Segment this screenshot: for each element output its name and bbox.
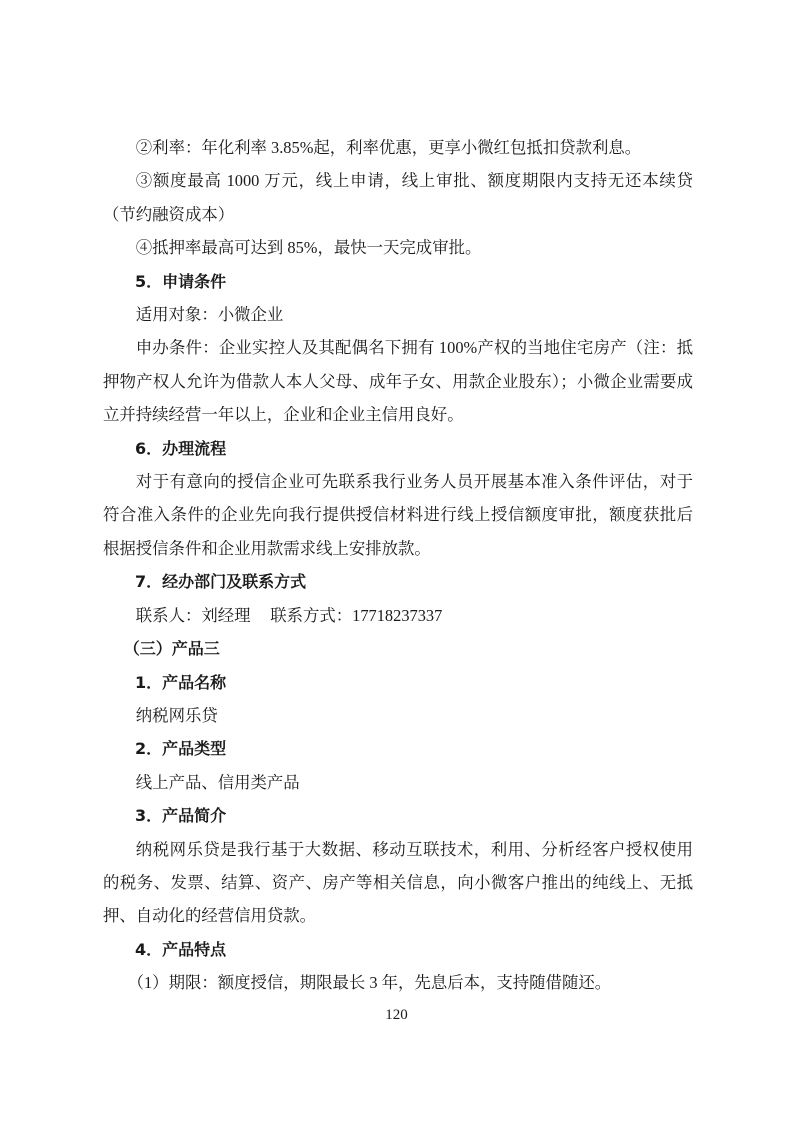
heading-product-intro: 3．产品简介 — [103, 799, 693, 832]
paragraph-contact: 联系人：刘经理联系方式：17718237337 — [103, 599, 693, 632]
paragraph-mortgage-rate: ④抵押率最高可达到 85%，最快一天完成审批。 — [103, 231, 693, 264]
heading-product-three: （三）产品三 — [103, 632, 693, 665]
paragraph-limit: ③额度最高 1000 万元，线上申请，线上审批、额度期限内支持无还本续贷（节约融… — [103, 164, 693, 231]
paragraph-feature-1: （1）期限：额度授信，期限最长 3 年，先息后本，支持随借随还。 — [103, 966, 693, 999]
paragraph-product-name: 纳税网乐贷 — [103, 699, 693, 732]
page-number: 120 — [0, 1007, 793, 1024]
heading-process: 6．办理流程 — [103, 432, 693, 465]
heading-product-type: 2．产品类型 — [103, 732, 693, 765]
document-page: ②利率：年化利率 3.85%起，利率优惠，更享小微红包抵扣贷款利息。 ③额度最高… — [103, 131, 693, 1000]
paragraph-conditions: 申办条件：企业实控人及其配偶名下拥有 100%产权的当地住宅房产（注：抵押物产权… — [103, 331, 693, 431]
paragraph-process: 对于有意向的授信企业可先联系我行业务人员开展基本准入条件评估，对于符合准入条件的… — [103, 465, 693, 565]
heading-contact: 7．经办部门及联系方式 — [103, 565, 693, 598]
paragraph-product-intro: 纳税网乐贷是我行基于大数据、移动互联技术，利用、分析经客户授权使用的税务、发票、… — [103, 833, 693, 933]
contact-person: 联系人：刘经理 — [136, 606, 251, 625]
heading-application-conditions: 5．申请条件 — [103, 265, 693, 298]
heading-product-features: 4．产品特点 — [103, 933, 693, 966]
heading-product-name: 1．产品名称 — [103, 666, 693, 699]
paragraph-rate: ②利率：年化利率 3.85%起，利率优惠，更享小微红包抵扣贷款利息。 — [103, 131, 693, 164]
paragraph-target: 适用对象：小微企业 — [103, 298, 693, 331]
paragraph-product-type: 线上产品、信用类产品 — [103, 766, 693, 799]
contact-phone: 联系方式：17718237337 — [270, 606, 442, 625]
